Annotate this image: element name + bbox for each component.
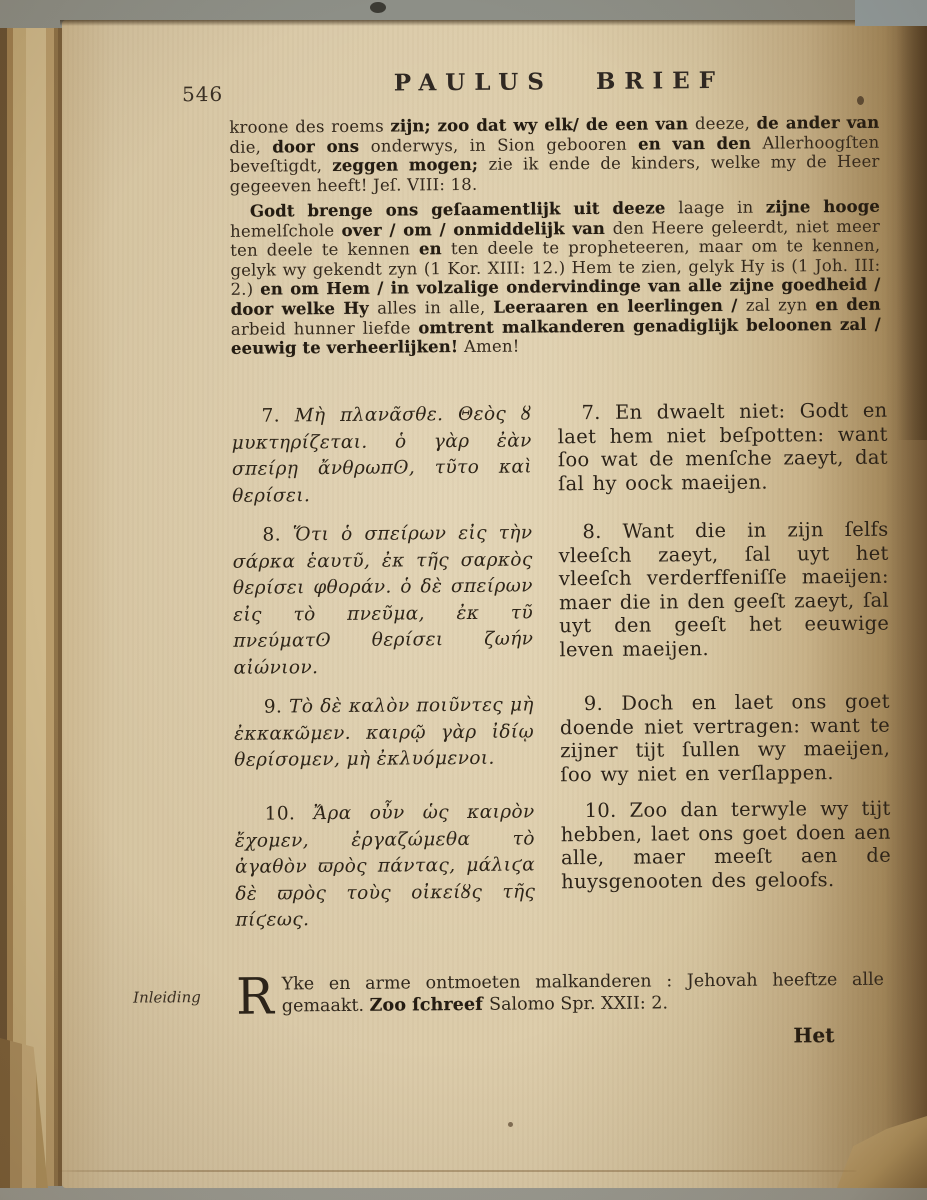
introduction-text: Yke en arme ontmoeten malkanderen : Jeho… — [282, 970, 884, 1017]
dutch-verse: 10. Zoo dan terwyle wy tijt hebben, laet… — [561, 797, 892, 932]
dutch-verse: 7. En dwaelt niet: Godt en laet hem niet… — [557, 399, 888, 508]
verse-number: 7. — [261, 405, 294, 426]
verse-number: 7. — [581, 401, 615, 424]
introduction-paragraph: RYke en arme ontmoeten malkanderen : Jeh… — [236, 969, 884, 1018]
commentary-paragraph-2: Godt brenge ons geſaamentlijk uit deeze … — [230, 197, 881, 359]
dutch-verse: 9. Doch en laet ons goet doende niet ver… — [560, 690, 891, 787]
blackletter-run: Leeraaren en leerlingen / — [493, 296, 746, 317]
roman-run: deeze, — [695, 114, 757, 133]
greek-verse: 9. Τὸ δὲ καλὸν ποιῦντες μὴ ἐκκακῶμεν. κα… — [234, 692, 535, 788]
verse-number: 9. — [584, 692, 622, 715]
blackletter-run: Godt brenge ons geſaamentlijk uit deeze — [250, 198, 679, 220]
verse-row: 8. Ὅτι ὁ σπείρων εἰς τὴν σάρκα ἑαυτῦ, ἐκ… — [232, 518, 893, 682]
blackletter-run: Zoo ſchreef — [370, 995, 490, 1016]
roman-run: alles in alle, — [377, 298, 493, 318]
roman-run: Amen! — [464, 337, 520, 356]
verse-number: 10. — [585, 799, 630, 822]
verse-row: 7. Μὴ πλανᾶσθε. Θεὸς ȣ μυκτηρίζεται. ὁ γ… — [231, 399, 892, 510]
verse-row: 9. Τὸ δὲ καλὸν ποιῦντες μὴ ἐκκακῶμεν. κα… — [234, 690, 895, 789]
page-content: 546 PAULUS BRIEF kroone des roems zijn; … — [0, 0, 927, 1200]
dutch-verse: 8. Want die in zijn ſelfs vleeſch zaeyt,… — [558, 518, 889, 680]
blackletter-run: zeggen mogen; — [332, 155, 488, 175]
verse-number: 9. — [264, 696, 289, 717]
greek-verse: 8. Ὅτι ὁ σπείρων εἰς τὴν σάρκα ἑαυτῦ, ἐκ… — [232, 520, 533, 681]
verse-number: 10. — [265, 803, 314, 824]
catchword: Het — [793, 1023, 834, 1047]
blackletter-run: en van den — [638, 133, 763, 153]
blackletter-run: door ons — [272, 136, 371, 156]
blackletter-run: over / om / onmiddelijk van — [342, 218, 613, 239]
margin-note-inleiding: Inleiding — [133, 988, 201, 1007]
blackletter-run: en — [419, 239, 451, 258]
blackletter-run: zijn; zoo dat wy elk/ de een van — [390, 114, 695, 135]
verse-row: 10. Ἄρα οὖν ὡς καιρὸν ἔχομεν, ἐργαζώμεθα… — [235, 797, 896, 935]
debris-speck — [370, 2, 386, 13]
greek-verse: 10. Ἄρα οὖν ὡς καιρὸν ἔχομεν, ἐργαζώμεθα… — [235, 799, 536, 934]
drop-cap: R — [236, 973, 282, 1017]
roman-run: Salomo Spr. XXII: 2. — [489, 993, 668, 1014]
greek-verse: 7. Μὴ πλανᾶσθε. Θεὸς ȣ μυκτηρίζεται. ὁ γ… — [231, 401, 532, 509]
verse-columns: 7. Μὴ πλανᾶσθε. Θεὸς ȣ μυκτηρίζεται. ὁ γ… — [231, 399, 895, 948]
commentary-paragraph-1: kroone des roems zijn; zoo dat wy elk/ d… — [229, 113, 880, 196]
ink-spot — [857, 96, 864, 105]
roman-run: die, — [229, 137, 272, 156]
blackletter-run: de ander van — [757, 113, 880, 133]
roman-run: kroone des roems — [229, 117, 390, 137]
verse-number: 8. — [262, 524, 292, 545]
running-title: PAULUS BRIEF — [229, 66, 889, 98]
blackletter-run: zijne hooge — [766, 197, 880, 217]
roman-run: arbeid hunner liefde — [231, 318, 419, 338]
paper-spot — [508, 1122, 513, 1127]
roman-run: hemelſchole — [230, 221, 342, 241]
blackletter-run: en den — [815, 295, 881, 315]
roman-run: laage in — [678, 198, 766, 218]
roman-run: onderwys, in Sion gebooren — [371, 134, 639, 155]
page-number: 546 — [182, 82, 223, 106]
roman-run: zal zyn — [746, 295, 816, 315]
verse-number: 8. — [582, 520, 622, 543]
